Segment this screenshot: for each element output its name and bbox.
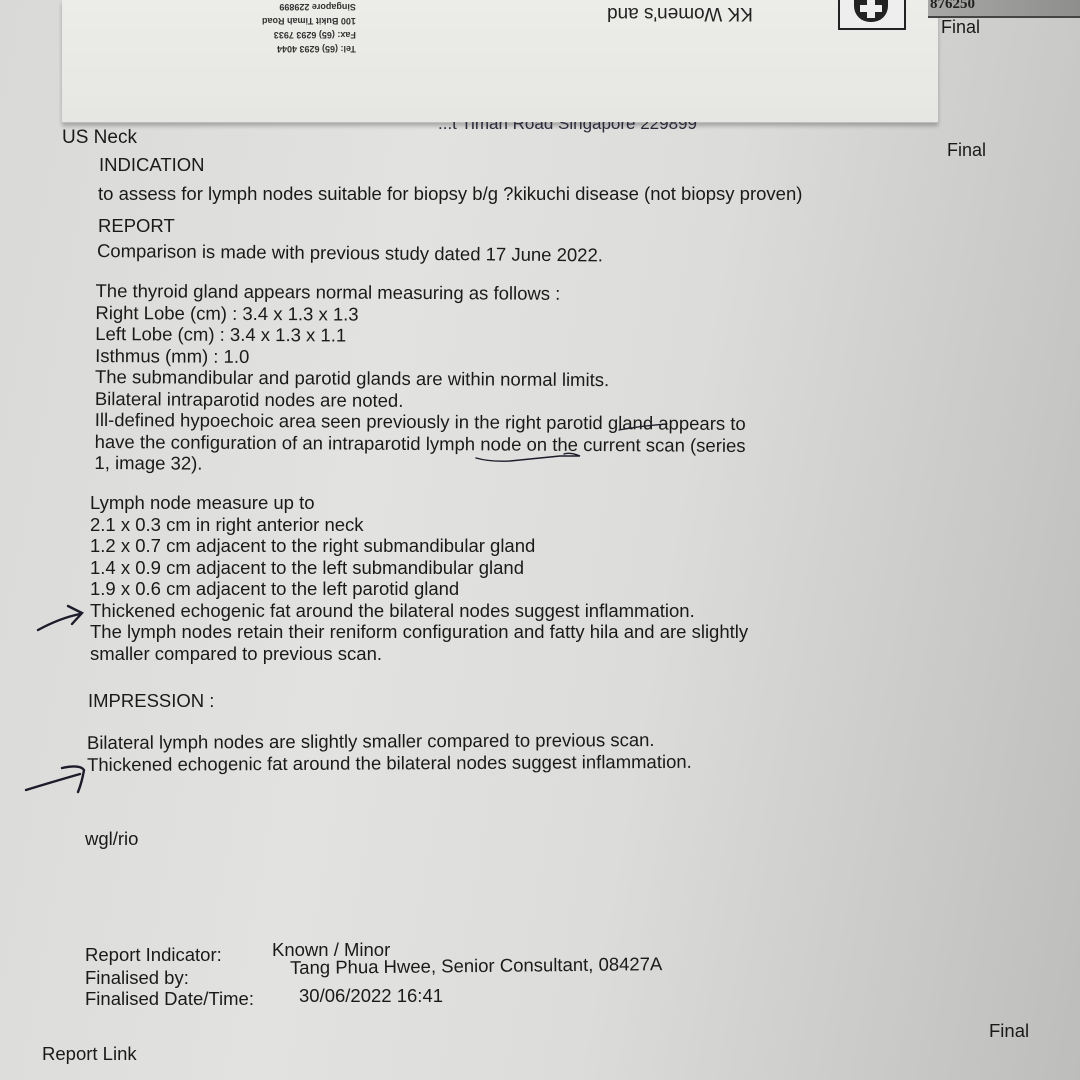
- finding-line: 1, image 32).: [94, 452, 745, 477]
- finding-line: 1.2 x 0.7 cm adjacent to the right subma…: [90, 535, 748, 557]
- handwritten-arrow-icon: [30, 600, 90, 636]
- report-indicator-label: Report Indicator:: [85, 944, 222, 966]
- impression-heading: IMPRESSION :: [88, 690, 214, 712]
- folded-letterhead: Tel: (65) 6293 4044 Fax: (65) 6293 7933 …: [62, 0, 938, 123]
- patient-id: 876250: [930, 0, 975, 13]
- printed-report-page: Tel: (65) 6293 4044 Fax: (65) 6293 7933 …: [0, 0, 1080, 1080]
- indication-heading: INDICATION: [99, 154, 205, 176]
- finding-line: 2.1 x 0.3 cm in right anterior neck: [90, 514, 748, 536]
- postal-line: Singapore 229899: [262, 0, 356, 14]
- status-second: Final: [947, 140, 986, 161]
- handwritten-underline-icon: [470, 446, 590, 468]
- finding-line-highlighted: Thickened echogenic fat around the bilat…: [90, 600, 748, 622]
- report-heading: REPORT: [98, 215, 175, 237]
- finalised-datetime-value: 30/06/2022 16:41: [299, 985, 443, 1007]
- finalised-by-value: Tang Phua Hwee, Senior Consultant, 08427…: [290, 953, 663, 979]
- status-bottom: Final: [989, 1020, 1029, 1042]
- finding-line: 1.4 x 0.9 cm adjacent to the left subman…: [90, 557, 748, 579]
- handwritten-underline-icon: [615, 420, 675, 434]
- lymph-node-findings: Lymph node measure up to 2.1 x 0.3 cm in…: [90, 492, 748, 664]
- initials: wgl/rio: [85, 828, 138, 850]
- hospital-address: Tel: (65) 6293 4044 Fax: (65) 6293 7933 …: [262, 0, 356, 56]
- finalised-datetime-label: Finalised Date/Time:: [85, 988, 254, 1010]
- report-link[interactable]: Report Link: [42, 1043, 137, 1065]
- exam-title: US Neck: [62, 127, 137, 149]
- street-line: 100 Bukit Timah Road: [262, 14, 356, 28]
- impression-line: Bilateral lymph nodes are slightly small…: [87, 729, 692, 754]
- kkh-cross-logo-icon: [838, 0, 906, 30]
- comparison-text: Comparison is made with previous study d…: [97, 240, 603, 266]
- patient-id-bar: 876250: [928, 0, 1080, 18]
- finding-line: smaller compared to previous scan.: [90, 643, 748, 665]
- tel-line: Tel: (65) 6293 4044: [262, 42, 356, 56]
- finding-line: Lymph node measure up to: [90, 492, 748, 514]
- thyroid-findings: The thyroid gland appears normal measuri…: [94, 280, 746, 477]
- handwritten-arrow-icon: [22, 760, 92, 800]
- hospital-name: KK Women's and: [607, 2, 753, 24]
- status-top: Final: [941, 17, 980, 38]
- finding-line: 1.9 x 0.6 cm adjacent to the left paroti…: [90, 578, 748, 600]
- finding-line: The lymph nodes retain their reniform co…: [90, 621, 748, 643]
- fax-line: Fax: (65) 6293 7933: [262, 28, 356, 42]
- impression-lines: Bilateral lymph nodes are slightly small…: [87, 729, 692, 775]
- finalised-by-label: Finalised by:: [85, 967, 189, 989]
- indication-text: to assess for lymph nodes suitable for b…: [98, 183, 802, 205]
- impression-line-highlighted: Thickened echogenic fat around the bilat…: [87, 750, 692, 775]
